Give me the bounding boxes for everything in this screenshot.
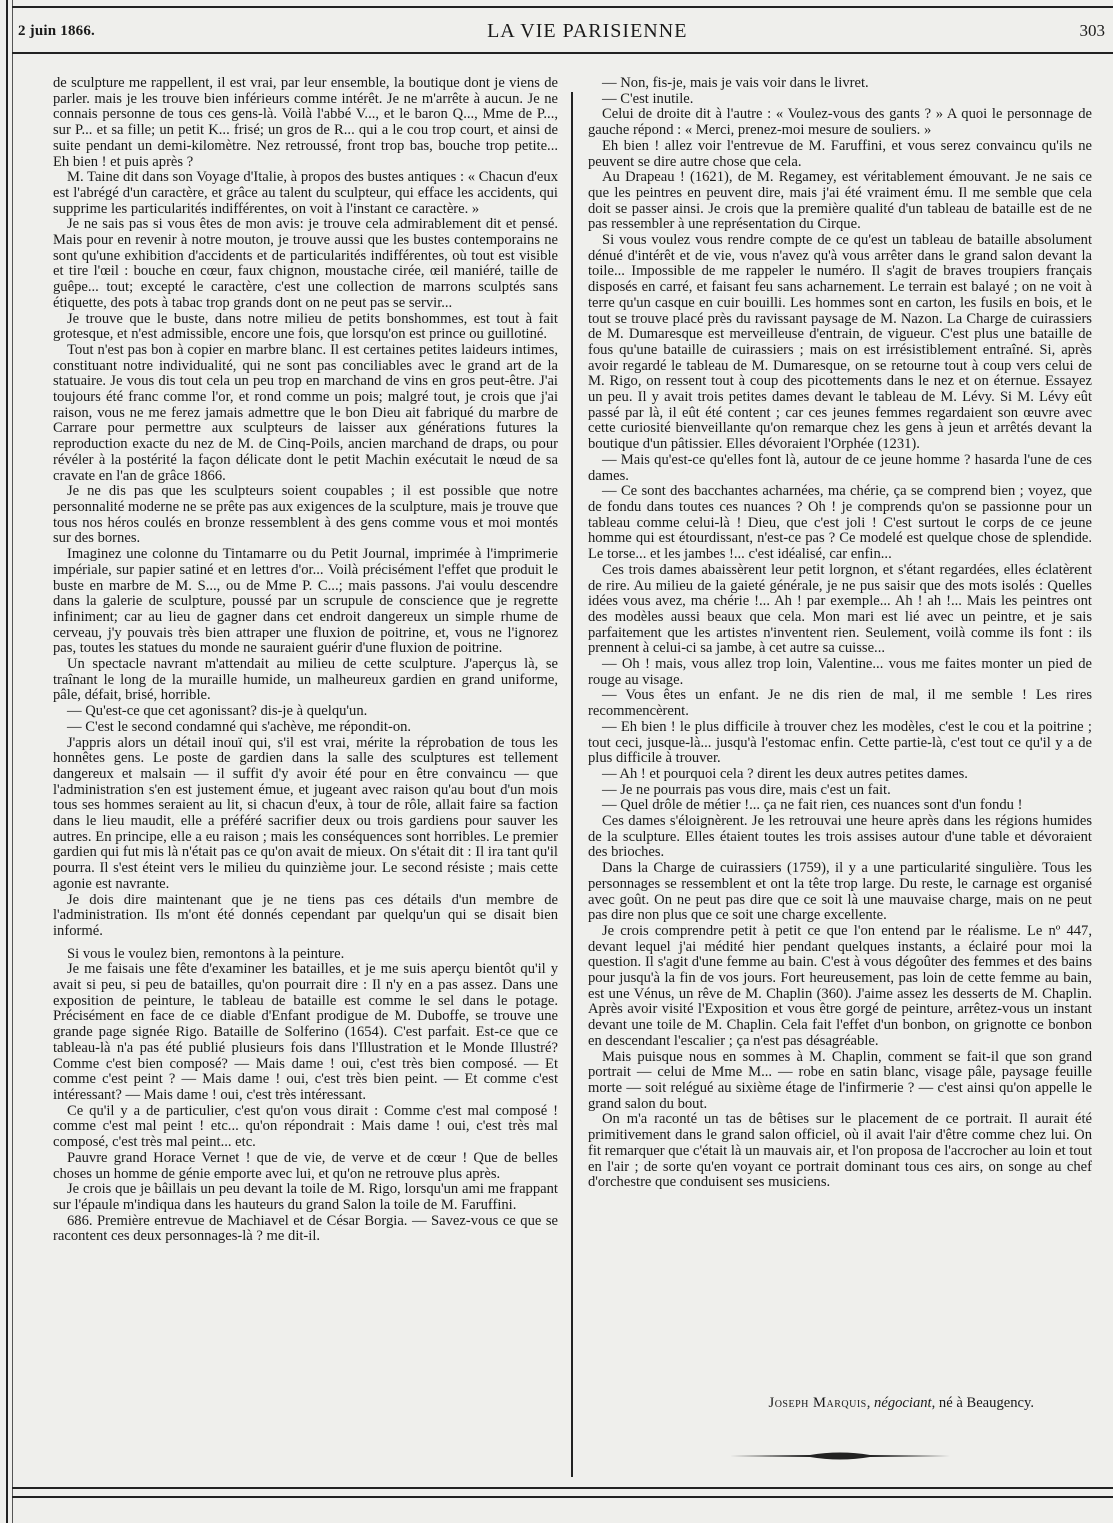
author-name: Joseph Marquis: [769, 1395, 867, 1411]
author-role: négociant: [874, 1395, 932, 1411]
paragraph: Un spectacle navrant m'attendait au mili…: [53, 657, 558, 704]
paragraph: de sculpture me rappellent, il est vrai,…: [53, 76, 558, 170]
page-left-border: [6, 0, 13, 1523]
paragraph: Je me faisais une fête d'examiner les ba…: [53, 962, 558, 1103]
paragraph: On m'a raconté un tas de bêtises sur le …: [588, 1112, 1092, 1191]
issue-date: 2 juin 1866.: [18, 23, 95, 40]
publication-title: LA VIE PARISIENNE: [487, 20, 687, 43]
paragraph: Ces trois dames abaissèrent leur petit l…: [588, 563, 1092, 657]
paragraph: Au Drapeau ! (1621), de M. Regamey, est …: [588, 170, 1092, 233]
left-column: de sculpture me rappellent, il est vrai,…: [53, 76, 558, 1245]
dialogue-line: — Non, fis-je, mais je vais voir dans le…: [588, 76, 1092, 92]
dialogue-line: — C'est le second condamné qui s'achève,…: [53, 720, 558, 736]
dialogue-line: — C'est inutile.: [588, 92, 1092, 108]
paragraph: Ces dames s'éloignèrent. Je les retrouva…: [588, 814, 1092, 861]
paragraph: M. Taine dit dans son Voyage d'Italie, à…: [53, 170, 558, 217]
paragraph: Celui de droite dit à l'autre : « Voulez…: [588, 107, 1092, 138]
bottom-rule: [12, 1496, 1113, 1498]
paragraph: Tout n'est pas bon à copier en marbre bl…: [53, 343, 558, 484]
column-divider: [571, 92, 573, 1477]
paragraph: Ce qu'il y a de particulier, c'est qu'on…: [53, 1104, 558, 1151]
paragraph: Pauvre grand Horace Vernet ! que de vie,…: [53, 1151, 558, 1182]
dialogue-line: — Je ne pourrais pas vous dire, mais c'e…: [588, 783, 1092, 799]
page-header: 2 juin 1866. LA VIE PARISIENNE 303: [18, 18, 1105, 44]
dialogue-line: — Mais qu'est-ce qu'elles font là, autou…: [588, 453, 1092, 484]
decorative-flourish-icon: [730, 1450, 950, 1462]
paragraph: Si vous le voulez bien, remontons à la p…: [53, 947, 558, 963]
dialogue-line: — Qu'est-ce que cet agonissant? dis-je à…: [53, 704, 558, 720]
dialogue-line: — Ce sont des bacchantes acharnées, ma c…: [588, 484, 1092, 563]
dialogue-line: — Vous êtes un enfant. Je ne dis rien de…: [588, 688, 1092, 719]
paragraph: Je ne dis pas que les sculpteurs soient …: [53, 484, 558, 547]
paragraph: Je ne sais pas si vous êtes de mon avis:…: [53, 217, 558, 311]
paragraph: Imaginez une colonne du Tintamarre ou du…: [53, 547, 558, 657]
paragraph: Si vous voulez vous rendre compte de ce …: [588, 233, 1092, 453]
paragraph: Dans la Charge de cuirassiers (1759), il…: [588, 861, 1092, 924]
dialogue-line: — Oh ! mais, vous allez trop loin, Valen…: [588, 657, 1092, 688]
paragraph: Je dois dire maintenant que je ne tiens …: [53, 893, 558, 940]
top-rule: [12, 6, 1113, 8]
author-signature: Joseph Marquis, négociant, né à Beaugenc…: [588, 1395, 1092, 1412]
paragraph: Eh bien ! allez voir l'entrevue de M. Fa…: [588, 139, 1092, 170]
right-column: — Non, fis-je, mais je vais voir dans le…: [588, 76, 1092, 1191]
bottom-rule: [12, 1487, 1113, 1489]
paragraph: Je crois que je bâillais un peu devant l…: [53, 1182, 558, 1213]
paragraph: 686. Première entrevue de Machiavel et d…: [53, 1214, 558, 1245]
dialogue-line: — Ah ! et pourquoi cela ? dirent les deu…: [588, 767, 1092, 783]
author-origin: , né à Beaugency.: [932, 1395, 1034, 1411]
dialogue-line: — Quel drôle de métier !... ça ne fait r…: [588, 798, 1092, 814]
paragraph: Mais puisque nous en sommes à M. Chaplin…: [588, 1050, 1092, 1113]
header-rule: [12, 52, 1113, 54]
paragraph: J'appris alors un détail inouï qui, s'il…: [53, 736, 558, 893]
dialogue-line: — Eh bien ! le plus difficile à trouver …: [588, 720, 1092, 767]
paragraph: Je trouve que le buste, dans notre milie…: [53, 312, 558, 343]
page-number: 303: [1079, 21, 1105, 41]
paragraph: Je crois comprendre petit à petit ce que…: [588, 924, 1092, 1050]
